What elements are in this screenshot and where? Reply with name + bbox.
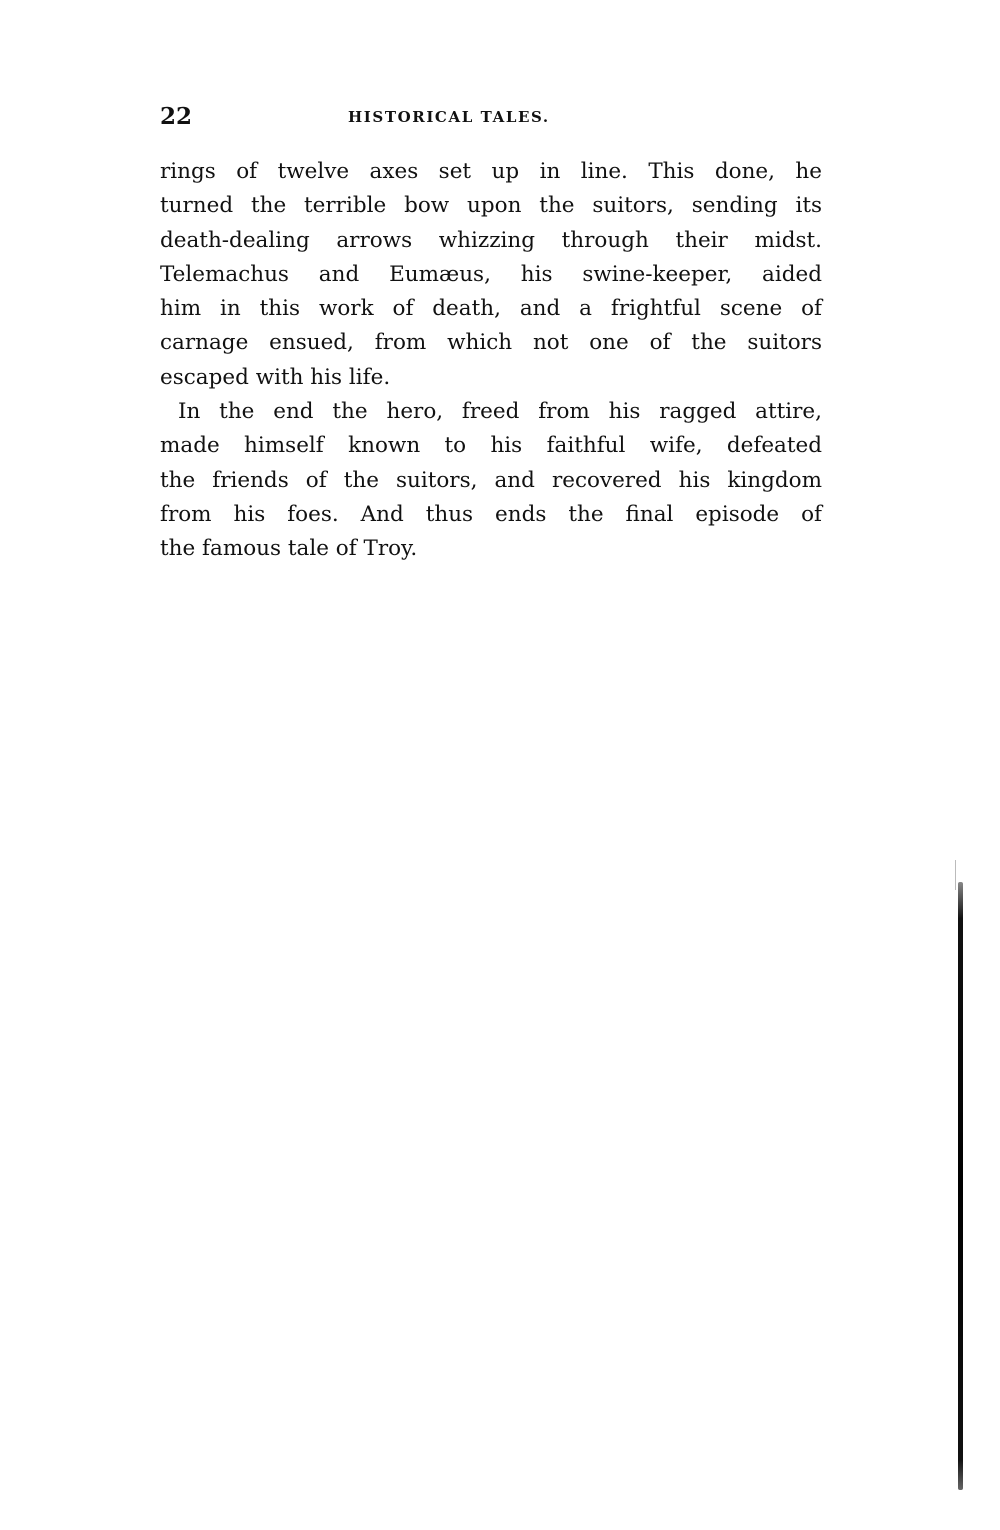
text-line: the friends of the suitors, and recovere…: [160, 464, 822, 498]
text-line: death-dealing arrows whizzing through th…: [160, 224, 822, 258]
body-text: rings of twelve axes set up in line. Thi…: [160, 155, 822, 567]
text-line: from his foes. And thus ends the final e…: [160, 498, 822, 532]
page-number: 22: [160, 103, 192, 130]
text-line: In the end the hero, freed from his ragg…: [160, 395, 822, 429]
paragraph-1: rings of twelve axes set up in line. Thi…: [160, 155, 822, 395]
running-head: 22 HISTORICAL TALES.: [160, 103, 820, 135]
text-line: Telemachus and Eumæus, his swine-keeper,…: [160, 258, 822, 292]
paragraph-2: In the end the hero, freed from his ragg…: [160, 395, 822, 566]
text-line: made himself known to his faithful wife,…: [160, 429, 822, 463]
text-line: carnage ensued, from which not one of th…: [160, 326, 822, 360]
scan-edge-mark: [955, 860, 956, 890]
running-title: HISTORICAL TALES.: [348, 108, 550, 126]
text-line: the famous tale of Troy.: [160, 532, 822, 566]
text-line: rings of twelve axes set up in line. Thi…: [160, 155, 822, 189]
text-line: escaped with his life.: [160, 361, 822, 395]
text-line: turned the terrible bow upon the suitors…: [160, 189, 822, 223]
scan-edge-line: [958, 882, 963, 1490]
text-line: him in this work of death, and a frightf…: [160, 292, 822, 326]
